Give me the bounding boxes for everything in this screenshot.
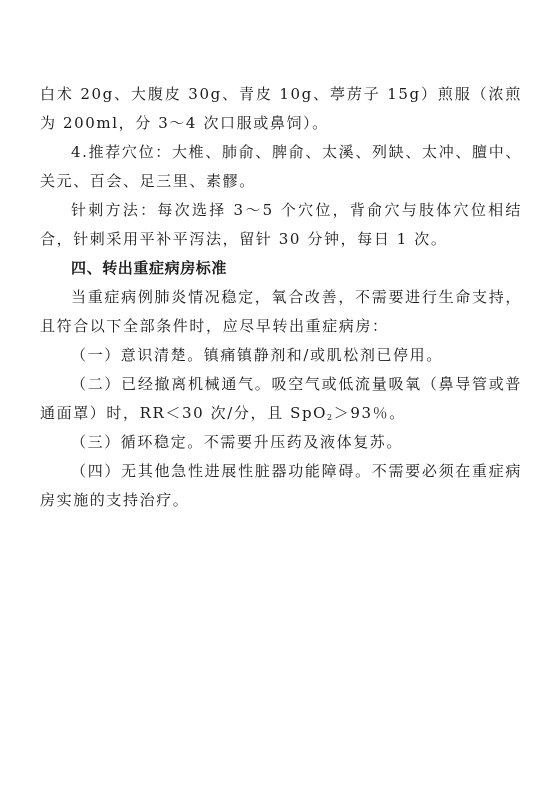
criterion-ventilation-threshold: ＞93％。 bbox=[334, 404, 406, 422]
paragraph-herbal-continuation: 白术 20g、大腹皮 30g、青皮 10g、葶苈子 15g）煎服（浓煎为 200… bbox=[40, 80, 522, 138]
section-heading-icu-transfer-criteria: 四、转出重症病房标准 bbox=[40, 254, 522, 283]
criterion-consciousness: （一）意识清楚。镇痛镇静剂和/或肌松剂已停用。 bbox=[40, 341, 522, 370]
document-page: 白术 20g、大腹皮 30g、青皮 10g、葶苈子 15g）煎服（浓煎为 200… bbox=[40, 80, 522, 515]
paragraph-acupuncture-method: 针刺方法：每次选择 3～5 个穴位，背俞穴与肢体穴位相结合，针刺采用平补平泻法，… bbox=[40, 196, 522, 254]
criterion-ventilation-text: （二）已经撤离机械通气。吸空气或低流量吸氧（鼻导管或普通面罩）时，RR＜30 次… bbox=[40, 375, 522, 422]
spo2-subscript: 2 bbox=[327, 413, 334, 422]
paragraph-section-intro: 当重症病例肺炎情况稳定，氧合改善，不需要进行生命支持，且符合以下全部条件时，应尽… bbox=[40, 283, 522, 341]
paragraph-recommended-acupoints: 4.推荐穴位：大椎、肺俞、脾俞、太溪、列缺、太冲、膻中、关元、百会、足三里、素髎… bbox=[40, 138, 522, 196]
criterion-organ-function: （四）无其他急性进展性脏器功能障碍。不需要必须在重症病房实施的支持治疗。 bbox=[40, 457, 522, 515]
criterion-circulation: （三）循环稳定。不需要升压药及液体复苏。 bbox=[40, 428, 522, 457]
criterion-ventilation: （二）已经撤离机械通气。吸空气或低流量吸氧（鼻导管或普通面罩）时，RR＜30 次… bbox=[40, 370, 522, 428]
